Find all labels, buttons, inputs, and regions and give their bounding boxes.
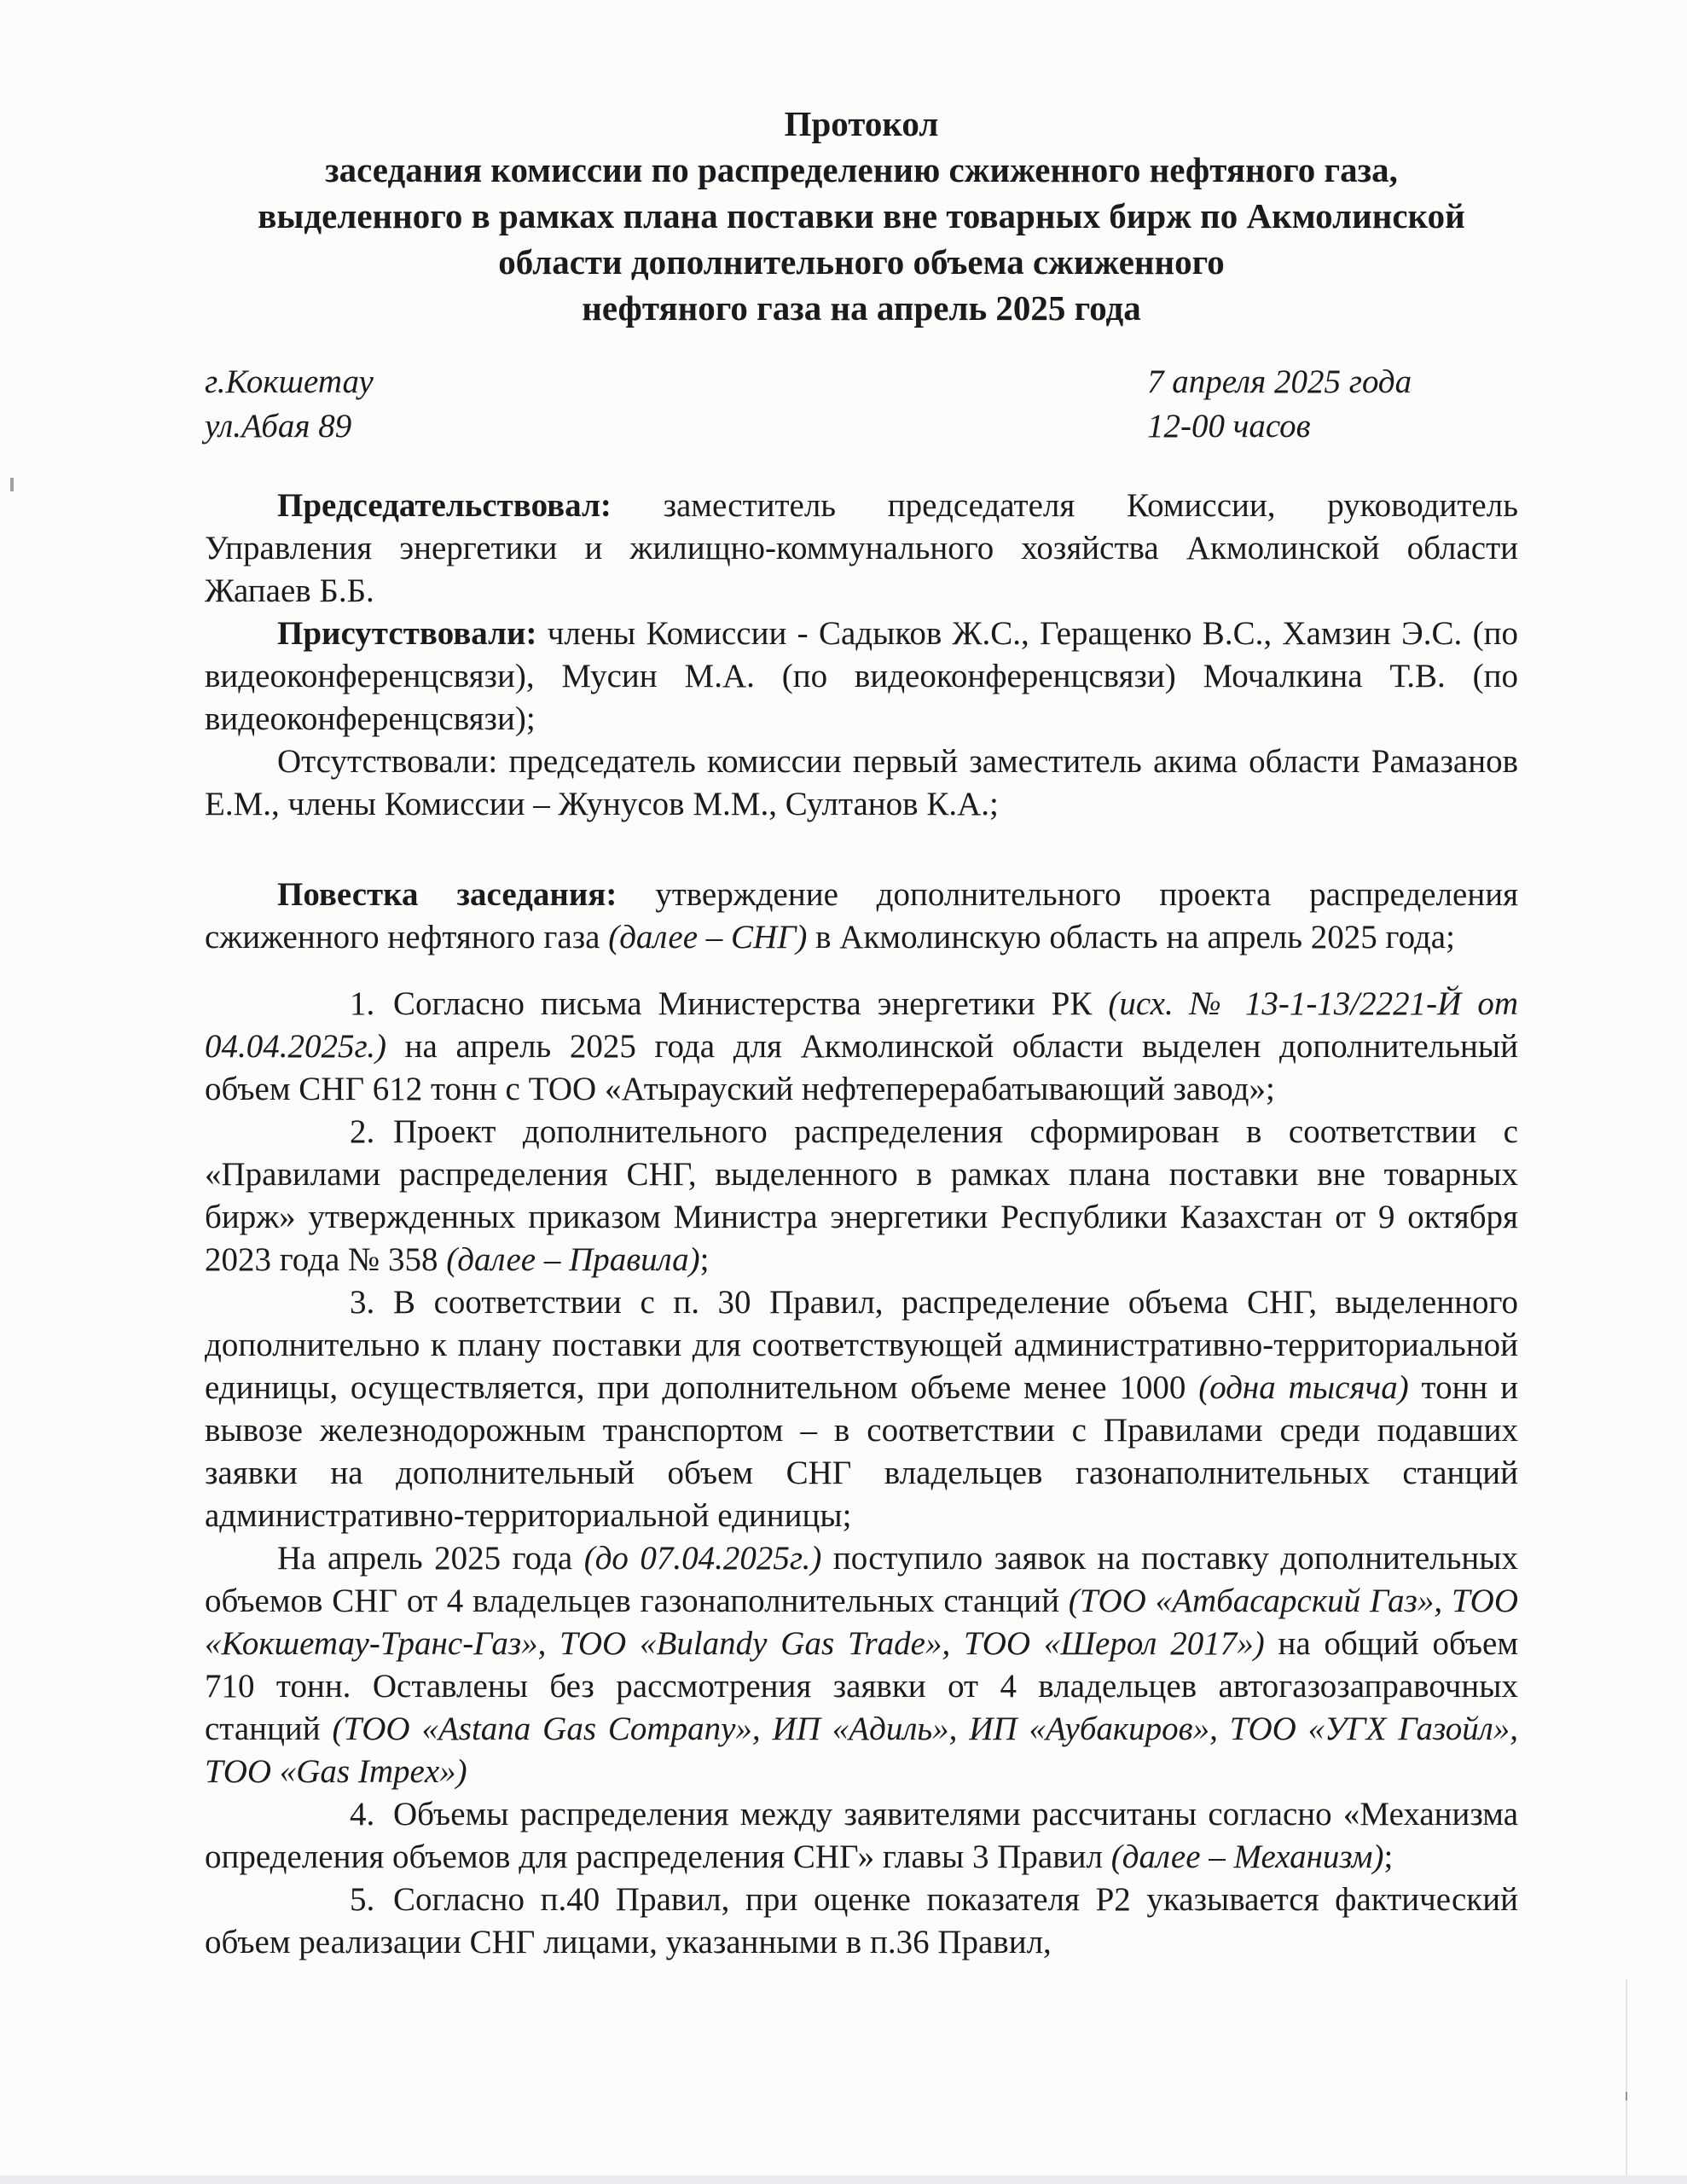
document-title-line-2: заседания комиссии по распределению сжиж…: [205, 147, 1518, 193]
run-text: Отсутствовали: председатель комиссии пер…: [205, 743, 1518, 822]
run-bold: Присутствовали:: [277, 615, 548, 652]
document-title-line-1: Протокол: [205, 101, 1518, 147]
document-title: Протокол заседания комиссии по распредел…: [205, 101, 1518, 331]
chairman-paragraph: Председательствовал: заместитель председ…: [205, 485, 1518, 613]
meeting-time: 12-00 часов: [1147, 404, 1518, 449]
run-italic: (далее – Механизм): [1111, 1838, 1384, 1875]
run-italic: (далее – СНГ): [608, 919, 807, 955]
item-2: 2.Проект дополнительного распределения с…: [205, 1111, 1518, 1281]
item-number: 3.: [277, 1281, 393, 1324]
run-bold: Повестка заседания:: [277, 876, 655, 913]
meeting-meta: г.Кокшетау ул.Абая 89 7 апреля 2025 года…: [205, 360, 1518, 449]
item-number: 4.: [277, 1793, 393, 1836]
absent-paragraph: Отсутствовали: председатель комиссии пер…: [205, 741, 1518, 826]
document-title-line-3: выделенного в рамках плана поставки вне …: [205, 193, 1518, 239]
meeting-city: г.Кокшетау: [205, 360, 374, 404]
run-italic: (до 07.04.2025г.): [584, 1540, 822, 1577]
run-text: Согласно п.40 Правил, при оценке показат…: [205, 1881, 1518, 1960]
applications-paragraph: На апрель 2025 года (до 07.04.2025г.) по…: [205, 1537, 1518, 1793]
meeting-date: 7 апреля 2025 года: [1147, 360, 1518, 404]
document-title-line-5: нефтяного газа на апрель 2025 года: [205, 285, 1518, 331]
item-5: 5.Согласно п.40 Правил, при оценке показ…: [205, 1879, 1518, 1964]
agenda-paragraph: Повестка заседания: утверждение дополнит…: [205, 874, 1518, 959]
run-text: На апрель 2025 года: [277, 1540, 584, 1577]
item-number: 2.: [277, 1111, 393, 1153]
document-body: Председательствовал: заместитель председ…: [205, 485, 1518, 1964]
run-text: ;: [1384, 1838, 1394, 1875]
meeting-address: ул.Абая 89: [205, 404, 374, 449]
run-text: Согласно письма Министерства энергетики …: [393, 985, 1108, 1022]
run-italic: (ТОО «Astana Gas Company», ИП «Адиль», И…: [205, 1711, 1518, 1790]
run-text: Проект дополнительного распределения сфо…: [205, 1113, 1518, 1278]
run-italic: (одна тысяча): [1198, 1369, 1408, 1406]
document-page: Протокол заседания комиссии по распредел…: [0, 0, 1687, 2184]
scan-bottom-edge-artifact: [0, 2175, 1687, 2184]
item-number: 1.: [277, 983, 393, 1025]
document-content: Протокол заседания комиссии по распредел…: [205, 101, 1518, 1964]
document-title-line-4: области дополнительного объема сжиженног…: [205, 239, 1518, 285]
meeting-place-block: г.Кокшетау ул.Абая 89: [205, 360, 374, 449]
item-4: 4.Объемы распределения между заявителями…: [205, 1793, 1518, 1879]
scan-edge-artifact: [1626, 1979, 1627, 2177]
item-number: 5.: [277, 1879, 393, 1921]
run-bold: Председательствовал:: [277, 487, 664, 524]
run-text: в Акмолинскую область на апрель 2025 год…: [807, 919, 1455, 955]
scan-speck-artifact: [1626, 2092, 1627, 2100]
item-1: 1.Согласно письма Министерства энергетик…: [205, 983, 1518, 1111]
run-italic: (далее – Правила): [446, 1241, 699, 1278]
run-text: ;: [700, 1241, 710, 1278]
run-text: на апрель 2025 года для Акмолинской обла…: [205, 1028, 1518, 1107]
item-3: 3.В соответствии с п. 30 Правил, распред…: [205, 1281, 1518, 1537]
meeting-datetime-block: 7 апреля 2025 года 12-00 часов: [1147, 360, 1518, 449]
scan-speck-artifact: [10, 478, 14, 491]
attendees-paragraph: Присутствовали: члены Комиссии - Садыков…: [205, 613, 1518, 741]
